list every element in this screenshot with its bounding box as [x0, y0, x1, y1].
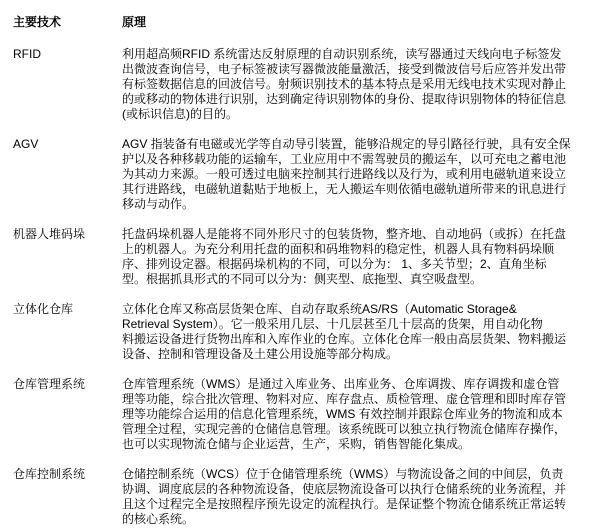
tech-name: 立体化仓库 — [13, 302, 122, 317]
table-row-robot-palletizer: 机器人堆码垛 托盘码垛机器人是能将不同外形尺寸的包装货物，整齐地、自动地码（或拆… — [13, 227, 592, 287]
column-header-main-technology: 主要技术 — [13, 15, 122, 30]
column-header-principle: 原理 — [122, 15, 592, 30]
table-row-automated-warehouse: 立体化仓库 立体化仓库又称高层货架仓库、自动存取系统AS/RS（Automati… — [13, 302, 592, 362]
tech-principle: AGV 指装备有电磁或光学等自动导引装置，能够沿规定的导引路径行驶，具有安全保 … — [122, 137, 592, 212]
table-row-rfid: RFID 利用超高频RFID 系统雷达反射原理的自动识别系统，读写器通过天线向电… — [13, 47, 592, 122]
tech-name: AGV — [13, 137, 122, 152]
tech-name: 机器人堆码垛 — [13, 227, 122, 242]
table-row-wcs: 仓库控制系统 仓储控制系统（WCS）位于仓储管理系统（WMS）与物流设备之间的中… — [13, 467, 592, 527]
table-header-row: 主要技术 原理 — [13, 15, 592, 30]
table-row-agv: AGV AGV 指装备有电磁或光学等自动导引装置，能够沿规定的导引路径行驶，具有… — [13, 137, 592, 212]
tech-name: RFID — [13, 47, 122, 62]
table-row-wms: 仓库管理系统 仓库管理系统（WMS）是通过入库业务、出库业务、仓库调拨、库存调拨… — [13, 377, 592, 452]
tech-name: 仓库管理系统 — [13, 377, 122, 392]
technology-principles-table: 主要技术 原理 RFID 利用超高频RFID 系统雷达反射原理的自动识别系统，读… — [0, 0, 600, 527]
tech-name: 仓库控制系统 — [13, 467, 122, 482]
tech-principle: 仓库管理系统（WMS）是通过入库业务、出库业务、仓库调拨、库存调拨和虚仓管 理等… — [122, 377, 592, 452]
tech-principle: 仓储控制系统（WCS）位于仓储管理系统（WMS）与物流设备之间的中间层，负责 协… — [122, 467, 592, 527]
tech-principle: 托盘码垛机器人是能将不同外形尺寸的包装货物，整齐地、自动地码（或拆）在托盘 上的… — [122, 227, 592, 287]
tech-principle: 立体化仓库又称高层货架仓库、自动存取系统AS/RS（Automatic Stor… — [122, 302, 592, 362]
tech-principle: 利用超高频RFID 系统雷达反射原理的自动识别系统，读写器通过天线向电子标签发 … — [122, 47, 592, 122]
